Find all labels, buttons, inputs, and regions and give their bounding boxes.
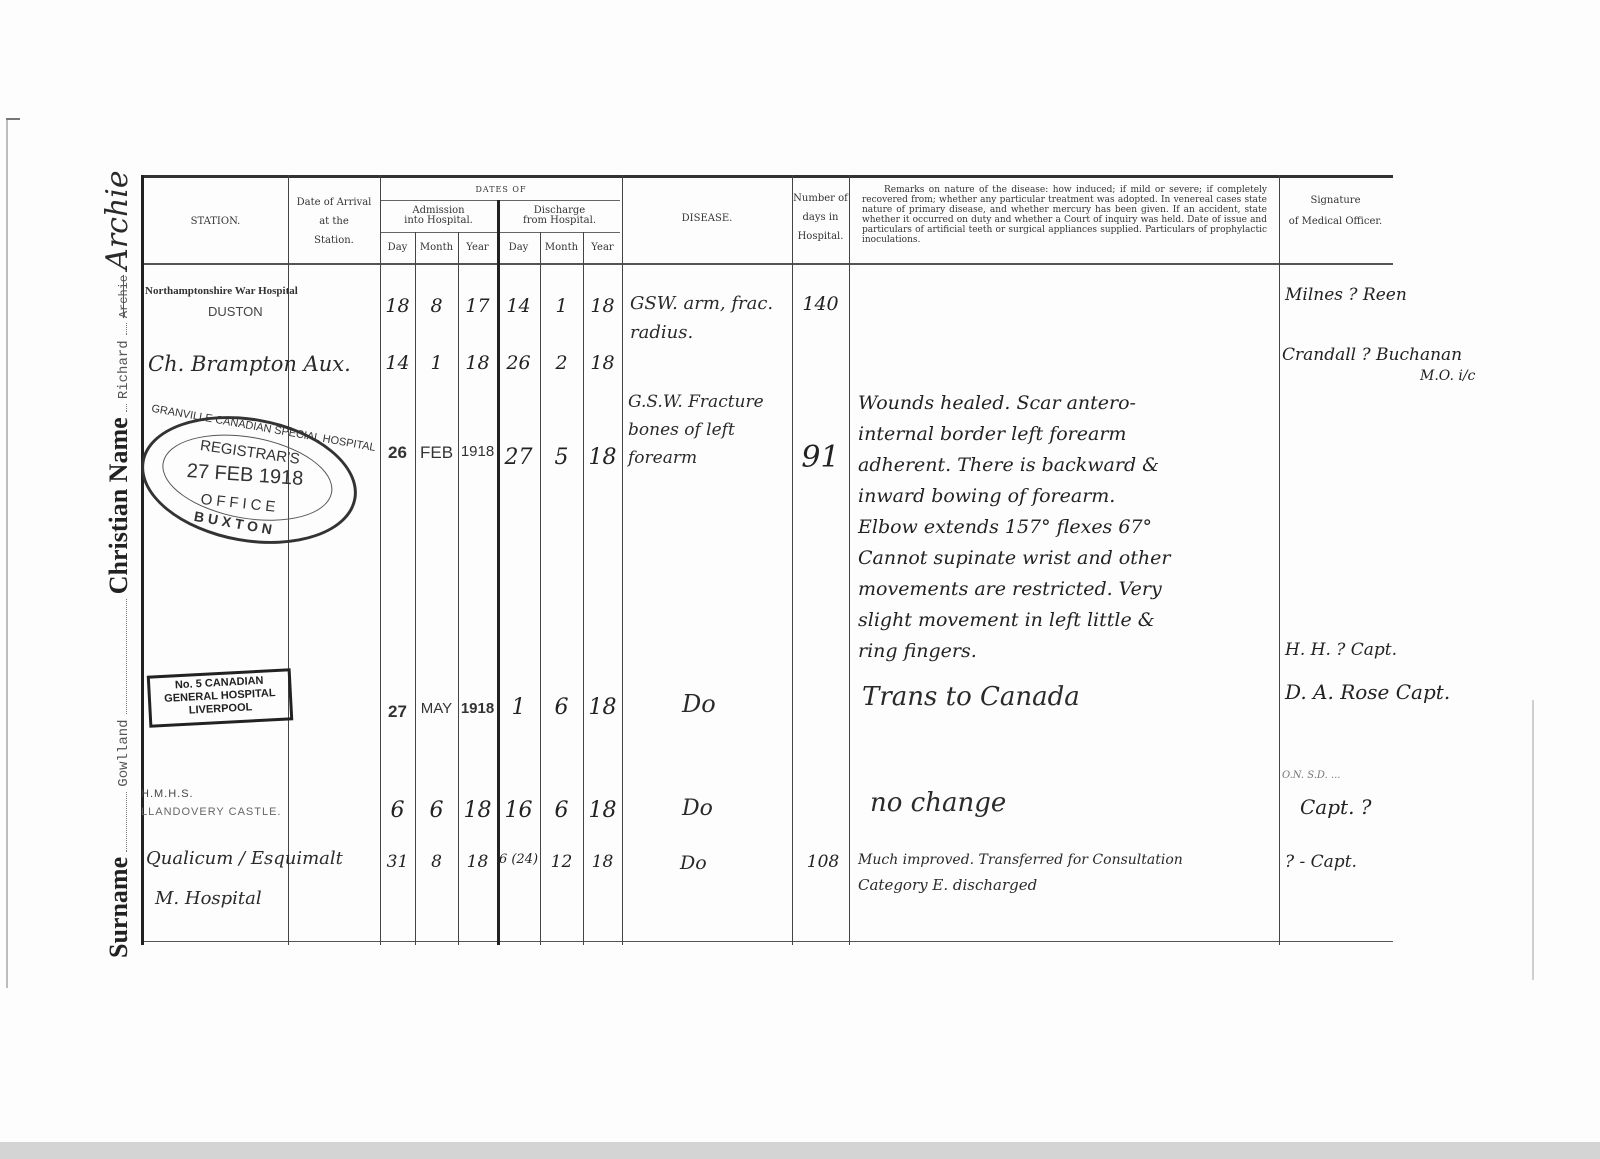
header-dis-day: Day (497, 241, 540, 254)
day-month-year-divider (380, 232, 620, 233)
col-divider-arrival (380, 175, 381, 945)
row4-dis-year: 18 (583, 695, 622, 720)
row1-station-line2: DUSTON (208, 304, 263, 319)
row5-remarks: no change (870, 788, 1006, 818)
row6-adm-month: 8 (415, 852, 458, 872)
col-divider-adm-day (415, 232, 416, 945)
surname-value: Gowlland (116, 719, 132, 786)
row5-dis-month: 6 (540, 798, 583, 823)
page-edge-right (1532, 700, 1534, 980)
remark-line: adherent. There is backward & (858, 450, 1170, 481)
christian-name-struck: Archie (117, 275, 131, 318)
row4-remarks: Trans to Canada (862, 682, 1080, 712)
row2-adm-day: 14 (380, 352, 415, 374)
row3-signature: H. H. ? Capt. (1285, 640, 1397, 660)
row5-disease: Do (682, 796, 713, 821)
surname-field: Surname Gowlland Christian Name Richard … (100, 170, 135, 958)
col-divider-adm-month (458, 232, 459, 945)
row2-station: Ch. Brampton Aux. (148, 352, 351, 376)
row6-remarks-line2: Category E. discharged (858, 876, 1037, 894)
header-station: STATION. (143, 215, 288, 228)
remark-line: internal border left forearm (858, 419, 1170, 450)
col-divider-disease (792, 175, 793, 945)
row3-disease-line1: G.S.W. Fracture (628, 392, 764, 412)
col-divider-dis-month (583, 232, 584, 945)
remark-line: Cannot supinate wrist and other (858, 543, 1170, 574)
row2-dis-day: 26 (497, 352, 540, 374)
row1-dis-month: 1 (540, 295, 583, 317)
row6-dis-day: 6 (24) (497, 852, 540, 867)
liverpool-hospital-stamp: No. 5 CANADIAN GENERAL HOSPITAL LIVERPOO… (147, 668, 294, 727)
header-discharge: Discharge from Hospital. (497, 206, 622, 226)
row1-dis-day: 14 (497, 295, 540, 317)
row4-dis-day: 1 (497, 695, 540, 720)
row6-remarks-line1: Much improved. Transferred for Consultat… (858, 852, 1183, 868)
col-divider-dis-day (540, 232, 541, 945)
row6-station-line1: Qualicum / Esquimalt (146, 848, 343, 869)
row1-dis-year: 18 (583, 295, 622, 317)
row4-signature: D. A. Rose Capt. (1285, 680, 1450, 704)
header-days-line2: days in (792, 211, 849, 224)
row6-adm-year: 18 (458, 852, 497, 872)
row5-adm-day: 6 (380, 798, 415, 823)
remark-line: Elbow extends 157° flexes 67° (858, 512, 1170, 543)
header-days-line1: Number of (792, 192, 849, 205)
row2-signature-line1: Crandall ? Buchanan (1282, 345, 1462, 365)
row5-signature-line1: O.N. S.D. ... (1282, 770, 1341, 781)
row6-disease: Do (680, 852, 707, 874)
row5-dis-year: 18 (583, 798, 622, 823)
row6-dis-year: 18 (583, 852, 622, 872)
row4-adm-day: 27 (380, 702, 415, 722)
surname-dotline-a (126, 792, 127, 852)
christian-name-value: Richard (116, 340, 132, 399)
row1-adm-year: 17 (458, 295, 497, 317)
header-dis-year: Year (583, 241, 622, 254)
row6-adm-day: 31 (380, 852, 415, 872)
row2-dis-year: 18 (583, 352, 622, 374)
row3-adm-month: FEB (415, 443, 458, 463)
remark-line: slight movement in left little & (858, 605, 1170, 636)
header-admission-line2: into Hospital. (380, 216, 497, 226)
header-adm-day: Day (380, 241, 415, 254)
row3-disease-line2: bones of left (628, 420, 735, 440)
row3-dis-day: 27 (497, 445, 540, 470)
header-arrival-line1: Date of Arrival (288, 196, 380, 209)
christian-name-label: Christian Name (104, 417, 133, 594)
header-admission: Admission into Hospital. (380, 206, 497, 226)
row3-dis-year: 18 (583, 445, 622, 470)
row2-adm-month: 1 (415, 352, 458, 374)
row2-dis-month: 2 (540, 352, 583, 374)
col-divider-remarks (1279, 175, 1280, 945)
col-divider-dates (622, 175, 623, 945)
row5-station-line2: LLANDOVERY CASTLE. (141, 806, 281, 818)
row5-signature-line2: Capt. ? (1300, 795, 1372, 819)
row1-adm-month: 8 (415, 295, 458, 317)
scan-bottom-bar (0, 1142, 1600, 1159)
header-days-in-hospital: Number of days in Hospital. (792, 192, 849, 243)
header-arrival-line3: Station. (288, 234, 380, 247)
surname-dotline-b (126, 599, 127, 714)
row6-days: 108 (792, 852, 854, 872)
header-adm-year: Year (458, 241, 497, 254)
page-edge (6, 118, 8, 988)
row3-remarks: Wounds healed. Scar antero- internal bor… (858, 388, 1170, 667)
row5-dis-day: 16 (497, 798, 540, 823)
header-dis-month: Month (540, 241, 583, 254)
header-arrival-line2: at the (288, 215, 380, 228)
header-dates-of: DATES OF (380, 183, 622, 196)
row3-adm-day: 26 (380, 443, 415, 463)
row4-adm-year: 1918 (458, 700, 497, 717)
row3-days: 91 (792, 440, 849, 475)
header-days-line3: Hospital. (792, 230, 849, 243)
row5-station-line1: H.M.H.S. (141, 788, 194, 800)
row1-days: 140 (792, 293, 849, 315)
header-signature-line2: of Medical Officer. (1279, 215, 1392, 228)
row5-adm-month: 6 (415, 798, 458, 823)
page-edge-top (6, 118, 20, 120)
christian-name-handwritten: Archie (100, 170, 135, 269)
row6-dis-month: 12 (540, 852, 583, 872)
header-bottom-border (143, 263, 1393, 265)
row6-station-line2: M. Hospital (155, 888, 262, 909)
header-adm-month: Month (415, 241, 458, 254)
remark-line: movements are restricted. Very (858, 574, 1170, 605)
header-signature-line1: Signature (1279, 194, 1392, 207)
header-discharge-line2: from Hospital. (497, 216, 622, 226)
row3-dis-month: 5 (540, 445, 583, 470)
row1-disease-line1: GSW. arm, frac. (630, 293, 773, 314)
remark-line: inward bowing of forearm. (858, 481, 1170, 512)
row6-signature: ? - Capt. (1285, 852, 1357, 872)
header-signature: Signature of Medical Officer. (1279, 194, 1392, 228)
row5-adm-year: 18 (458, 798, 497, 823)
christian-dotline-a (126, 404, 127, 412)
row3-adm-year: 1918 (458, 443, 497, 460)
table-left-border (141, 175, 144, 945)
row1-station-line1: Northamptonshire War Hospital (145, 285, 298, 297)
col-divider-days (849, 175, 850, 945)
row1-adm-day: 18 (380, 295, 415, 317)
row4-disease: Do (682, 690, 716, 718)
row2-adm-year: 18 (458, 352, 497, 374)
remark-line: Wounds healed. Scar antero- (858, 388, 1170, 419)
surname-label: Surname (104, 857, 133, 958)
remark-line: ring fingers. (858, 636, 1170, 667)
header-remarks: Remarks on nature of the disease: how in… (862, 185, 1267, 245)
header-date-of-arrival: Date of Arrival at the Station. (288, 196, 380, 247)
header-disease: DISEASE. (622, 212, 792, 225)
row1-disease-line2: radius. (630, 322, 693, 343)
table-top-border (143, 175, 1393, 178)
row2-signature-line2: M.O. i/c (1420, 368, 1475, 384)
row3-disease-line3: forearm (628, 448, 697, 468)
row1-signature: Milnes ? Reen (1285, 285, 1407, 305)
row4-dis-month: 6 (540, 695, 583, 720)
table-bottom-border (143, 941, 1393, 942)
row4-adm-month: MAY (415, 700, 458, 717)
christian-dotline-b (126, 323, 127, 335)
dates-of-divider (380, 200, 620, 201)
